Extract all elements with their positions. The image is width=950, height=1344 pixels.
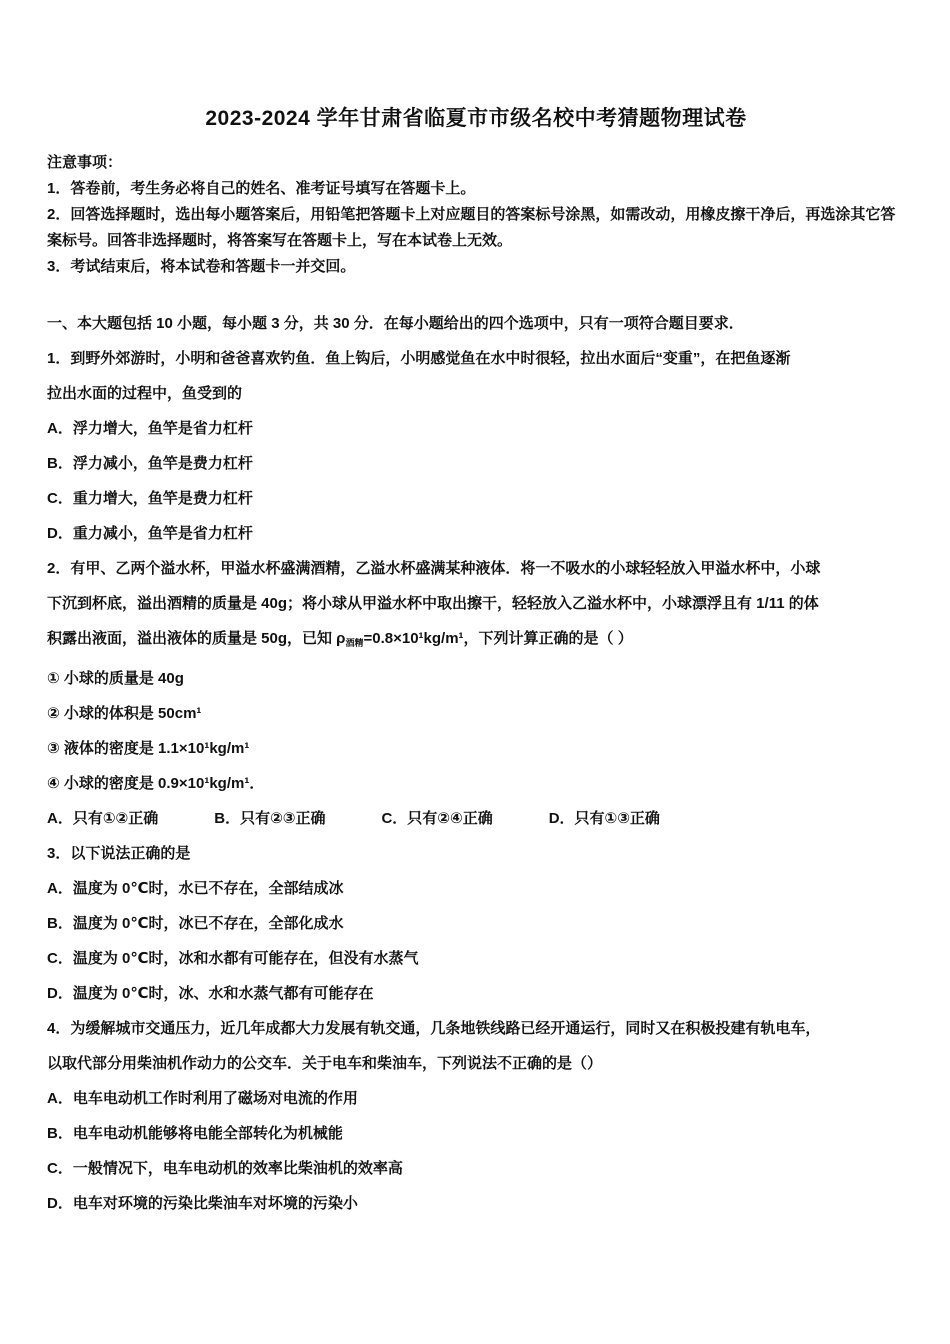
question-1-option-c: C．重力增大，鱼竿是费力杠杆 — [47, 481, 905, 516]
notice-heading: 注意事项： — [47, 150, 905, 176]
question-3-option-d: D．温度为 0℃时，冰、水和水蒸气都有可能存在 — [47, 976, 905, 1011]
question-1-option-d: D．重力减小，鱼竿是省力杠杆 — [47, 516, 905, 551]
notice-item-3: 3．考试结束后，将本试卷和答题卡一并交回。 — [47, 254, 905, 280]
question-1-option-a: A．浮力增大，鱼竿是省力杠杆 — [47, 411, 905, 446]
exam-paper-page: 2023-2024 学年甘肃省临夏市市级名校中考猜题物理试卷 注意事项： 1．答… — [0, 0, 950, 1344]
question-4-stem-line-1: 4．为缓解城市交通压力，近几年成都大力发展有轨交通，几条地铁线路已经开通运行，同… — [47, 1011, 905, 1046]
question-2-stem-line-1: 2．有甲、乙两个溢水杯，甲溢水杯盛满酒精，乙溢水杯盛满某种液体．将一不吸水的小球… — [47, 551, 905, 586]
question-2-numbered-item-3: ③ 液体的密度是 1.1×10¹kg/m¹ — [47, 731, 905, 766]
section-1-heading: 一、本大题包括 10 小题，每小题 3 分，共 30 分．在每小题给出的四个选项… — [47, 306, 905, 341]
question-1-stem-line-2: 拉出水面的过程中，鱼受到的 — [47, 376, 905, 411]
question-2-numbered-item-4: ④ 小球的密度是 0.9×10¹kg/m¹． — [47, 766, 905, 801]
question-2-numbered-item-2: ② 小球的体积是 50cm¹ — [47, 696, 905, 731]
question-1-stem-line-1: 1．到野外郊游时，小明和爸爸喜欢钓鱼．鱼上钩后，小明感觉鱼在水中时很轻，拉出水面… — [47, 341, 905, 376]
notice-item-1: 1．答卷前，考生务必将自己的姓名、准考证号填写在答题卡上。 — [47, 176, 905, 202]
question-2-options-row: A．只有①②正确 B．只有②③正确 C．只有②④正确 D．只有①③正确 — [47, 801, 905, 836]
question-2-option-c: C．只有②④正确 — [381, 801, 492, 836]
question-4-option-b: B．电车电动机能够将电能全部转化为机械能 — [47, 1116, 905, 1151]
question-1: 1．到野外郊游时，小明和爸爸喜欢钓鱼．鱼上钩后，小明感觉鱼在水中时很轻，拉出水面… — [47, 341, 905, 551]
question-4-option-d: D．电车对环境的污染比柴油车对坏境的污染小 — [47, 1186, 905, 1221]
question-3-stem: 3．以下说法正确的是 — [47, 836, 905, 871]
question-2-option-a: A．只有①②正确 — [47, 801, 158, 836]
question-4: 4．为缓解城市交通压力，近几年成都大力发展有轨交通，几条地铁线路已经开通运行，同… — [47, 1011, 905, 1221]
question-3-option-a: A．温度为 0℃时，水已不存在，全部结成冰 — [47, 871, 905, 906]
page-title: 2023-2024 学年甘肃省临夏市市级名校中考猜题物理试卷 — [47, 104, 905, 134]
question-2-stem-line-3-post: =0.8×10¹kg/m¹，下列计算正确的是（ ） — [363, 630, 632, 647]
question-2-stem-line-3: 积露出液面，溢出液体的质量是 50g，已知 ρ酒精=0.8×10¹kg/m¹，下… — [47, 621, 905, 661]
question-3: 3．以下说法正确的是 A．温度为 0℃时，水已不存在，全部结成冰 B．温度为 0… — [47, 836, 905, 1011]
question-2-stem-line-2: 下沉到杯底，溢出酒精的质量是 40g；将小球从甲溢水杯中取出擦干，轻轻放入乙溢水… — [47, 586, 905, 621]
question-4-option-c: C．一般情况下，电车电动机的效率比柴油机的效率高 — [47, 1151, 905, 1186]
question-3-option-b: B．温度为 0℃时，冰已不存在，全部化成水 — [47, 906, 905, 941]
question-2-numbered-item-1: ① 小球的质量是 40g — [47, 661, 905, 696]
question-2-option-b: B．只有②③正确 — [214, 801, 325, 836]
notice-section: 注意事项： 1．答卷前，考生务必将自己的姓名、准考证号填写在答题卡上。 2．回答… — [47, 150, 905, 280]
question-4-stem-line-2: 以取代部分用柴油机作动力的公交车．关于电车和柴油车，下列说法不正确的是（） — [47, 1046, 905, 1081]
rho-subscript-label: 酒精 — [345, 638, 363, 648]
question-4-option-a: A．电车电动机工作时利用了磁场对电流的作用 — [47, 1081, 905, 1116]
question-3-option-c: C．温度为 0℃时，冰和水都有可能存在，但没有水蒸气 — [47, 941, 905, 976]
question-2: 2．有甲、乙两个溢水杯，甲溢水杯盛满酒精，乙溢水杯盛满某种液体．将一不吸水的小球… — [47, 551, 905, 836]
question-2-option-d: D．只有①③正确 — [549, 801, 660, 836]
question-2-stem-line-3-pre: 积露出液面，溢出液体的质量是 50g，已知 ρ — [47, 630, 345, 647]
notice-item-2: 2．回答选择题时，选出每小题答案后，用铅笔把答题卡上对应题目的答案标号涂黑，如需… — [47, 202, 905, 254]
question-1-option-b: B．浮力减小，鱼竿是费力杠杆 — [47, 446, 905, 481]
